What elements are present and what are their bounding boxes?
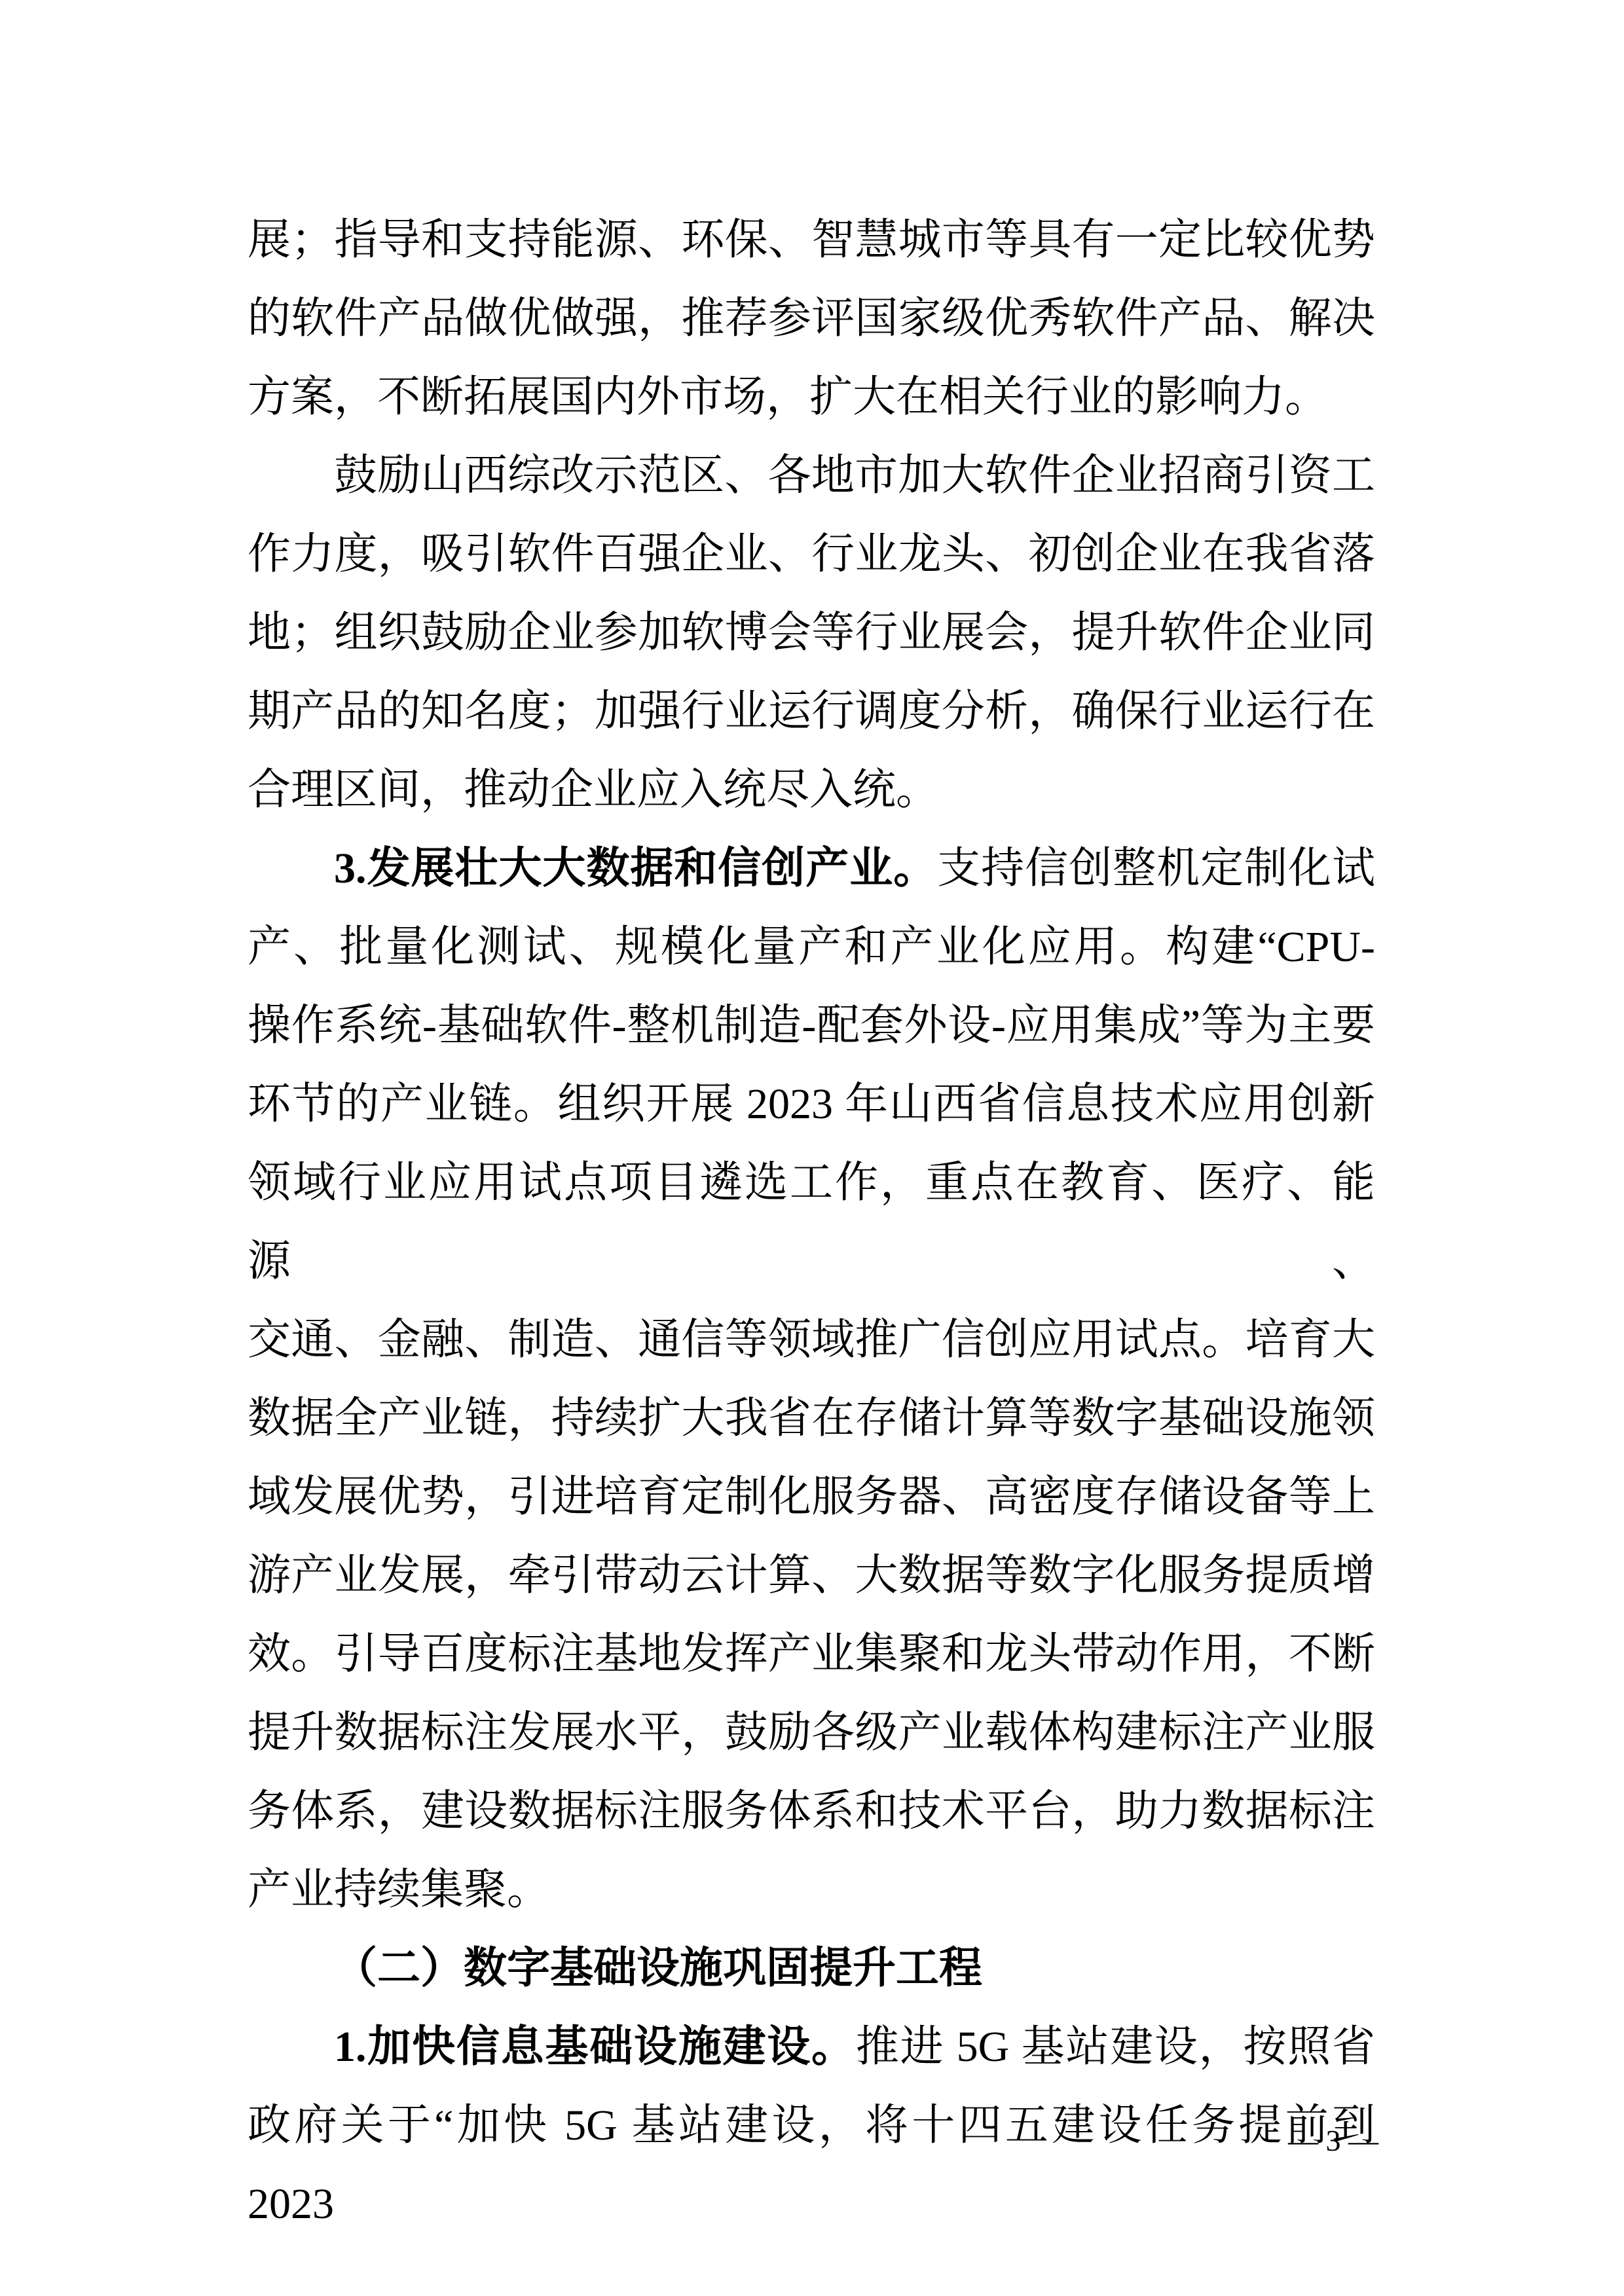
section-2-heading: （二）数字基础设施巩固提升工程: [334, 1944, 982, 1992]
text-line: 作力度，吸引软件百强企业、行业龙头、初创企业在我省落: [248, 515, 1375, 594]
line-text: 展；指导和支持能源、环保、智慧城市等具有一定比较优势: [248, 216, 1375, 264]
line-text: 域发展优势，引进培育定制化服务器、高密度存储设备等上: [248, 1473, 1375, 1521]
line-text: 地；组织鼓励企业参加软博会等行业展会，提升软件企业同: [248, 609, 1375, 657]
text-line: 的软件产品做优做强，推荐参评国家级优秀软件产品、解决: [248, 280, 1375, 358]
text-line: 域发展优势，引进培育定制化服务器、高密度存储设备等上: [248, 1458, 1375, 1537]
line-text: 操作系统-基础软件-整机制造-配套外设-应用集成”等为主要: [248, 1002, 1375, 1049]
text-line: 操作系统-基础软件-整机制造-配套外设-应用集成”等为主要: [248, 987, 1375, 1065]
line-text: 推进 5G 基站建设，按照省: [856, 2023, 1375, 2071]
document-body: 展；指导和支持能源、环保、智慧城市等具有一定比较优势 的软件产品做优做强，推荐参…: [248, 201, 1375, 2244]
line-text: 环节的产业链。组织开展 2023 年山西省信息技术应用创新: [248, 1080, 1375, 1128]
text-line: 政府关于“加快 5G 基站建设，将十四五建设任务提前到 2023: [248, 2086, 1375, 2244]
line-text: 产业持续集聚。: [248, 1866, 550, 1914]
line-text: 政府关于“加快 5G 基站建设，将十四五建设任务提前到 2023: [248, 2102, 1375, 2228]
text-line: 产、批量化测试、规模化量产和产业化应用。构建“CPU-: [248, 908, 1375, 987]
line-text: 效。引导百度标注基地发挥产业集聚和龙头带动作用，不断: [248, 1630, 1375, 1678]
line-text: 产、批量化测试、规模化量产和产业化应用。构建“CPU-: [248, 923, 1375, 971]
line-text: 合理区间，推动企业应入统尽入统。: [248, 766, 939, 814]
line-text: 数据全产业链，持续扩大我省在存储计算等数字基础设施领: [248, 1394, 1375, 1442]
line-text: 期产品的知名度；加强行业运行调度分析，确保行业运行在: [248, 687, 1375, 735]
line-text: 领域行业应用试点项目遴选工作，重点在教育、医疗、能源、: [248, 1159, 1375, 1285]
line-text: 游产业发展，牵引带动云计算、大数据等数字化服务提质增: [248, 1552, 1375, 1599]
text-line: （二）数字基础设施巩固提升工程: [248, 1929, 1375, 2008]
text-line: 数据全产业链，持续扩大我省在存储计算等数字基础设施领: [248, 1379, 1375, 1458]
page-number: — 3 —: [1288, 2121, 1378, 2160]
line-text: 务体系，建设数据标注服务体系和技术平台，助力数据标注: [248, 1787, 1375, 1835]
line-text: 交通、金融、制造、通信等领域推广信创应用试点。培育大: [248, 1316, 1375, 1364]
text-line: 地；组织鼓励企业参加软博会等行业展会，提升软件企业同: [248, 594, 1375, 672]
item-1-heading: 1.加快信息基础设施建设。: [334, 2023, 856, 2071]
text-line: 交通、金融、制造、通信等领域推广信创应用试点。培育大: [248, 1301, 1375, 1379]
text-line: 合理区间，推动企业应入统尽入统。: [248, 751, 1375, 829]
text-line: 领域行业应用试点项目遴选工作，重点在教育、医疗、能源、: [248, 1144, 1375, 1301]
text-line: 环节的产业链。组织开展 2023 年山西省信息技术应用创新: [248, 1065, 1375, 1144]
text-line: 方案，不断拓展国内外市场，扩大在相关行业的影响力。: [248, 358, 1375, 437]
text-line: 展；指导和支持能源、环保、智慧城市等具有一定比较优势: [248, 201, 1375, 280]
text-line: 产业持续集聚。: [248, 1851, 1375, 1929]
text-line: 提升数据标注发展水平，鼓励各级产业载体构建标注产业服: [248, 1694, 1375, 1772]
text-line: 鼓励山西综改示范区、各地市加大软件企业招商引资工: [248, 437, 1375, 515]
text-line: 期产品的知名度；加强行业运行调度分析，确保行业运行在: [248, 672, 1375, 751]
text-line: 3.发展壮大大数据和信创产业。支持信创整机定制化试: [248, 829, 1375, 908]
line-text: 支持信创整机定制化试: [937, 845, 1375, 892]
line-text: 作力度，吸引软件百强企业、行业龙头、初创企业在我省落: [248, 530, 1375, 578]
line-text: 鼓励山西综改示范区、各地市加大软件企业招商引资工: [334, 452, 1375, 500]
line-text: 方案，不断拓展国内外市场，扩大在相关行业的影响力。: [248, 373, 1328, 421]
section-3-heading: 3.发展壮大大数据和信创产业。: [334, 845, 937, 892]
line-text: 的软件产品做优做强，推荐参评国家级优秀软件产品、解决: [248, 295, 1375, 342]
line-text: 提升数据标注发展水平，鼓励各级产业载体构建标注产业服: [248, 1709, 1375, 1757]
text-line: 游产业发展，牵引带动云计算、大数据等数字化服务提质增: [248, 1537, 1375, 1615]
text-line: 务体系，建设数据标注服务体系和技术平台，助力数据标注: [248, 1772, 1375, 1851]
text-line: 1.加快信息基础设施建设。推进 5G 基站建设，按照省: [248, 2008, 1375, 2086]
text-line: 效。引导百度标注基地发挥产业集聚和龙头带动作用，不断: [248, 1615, 1375, 1694]
document-page: 展；指导和支持能源、环保、智慧城市等具有一定比较优势 的软件产品做优做强，推荐参…: [0, 0, 1624, 2296]
